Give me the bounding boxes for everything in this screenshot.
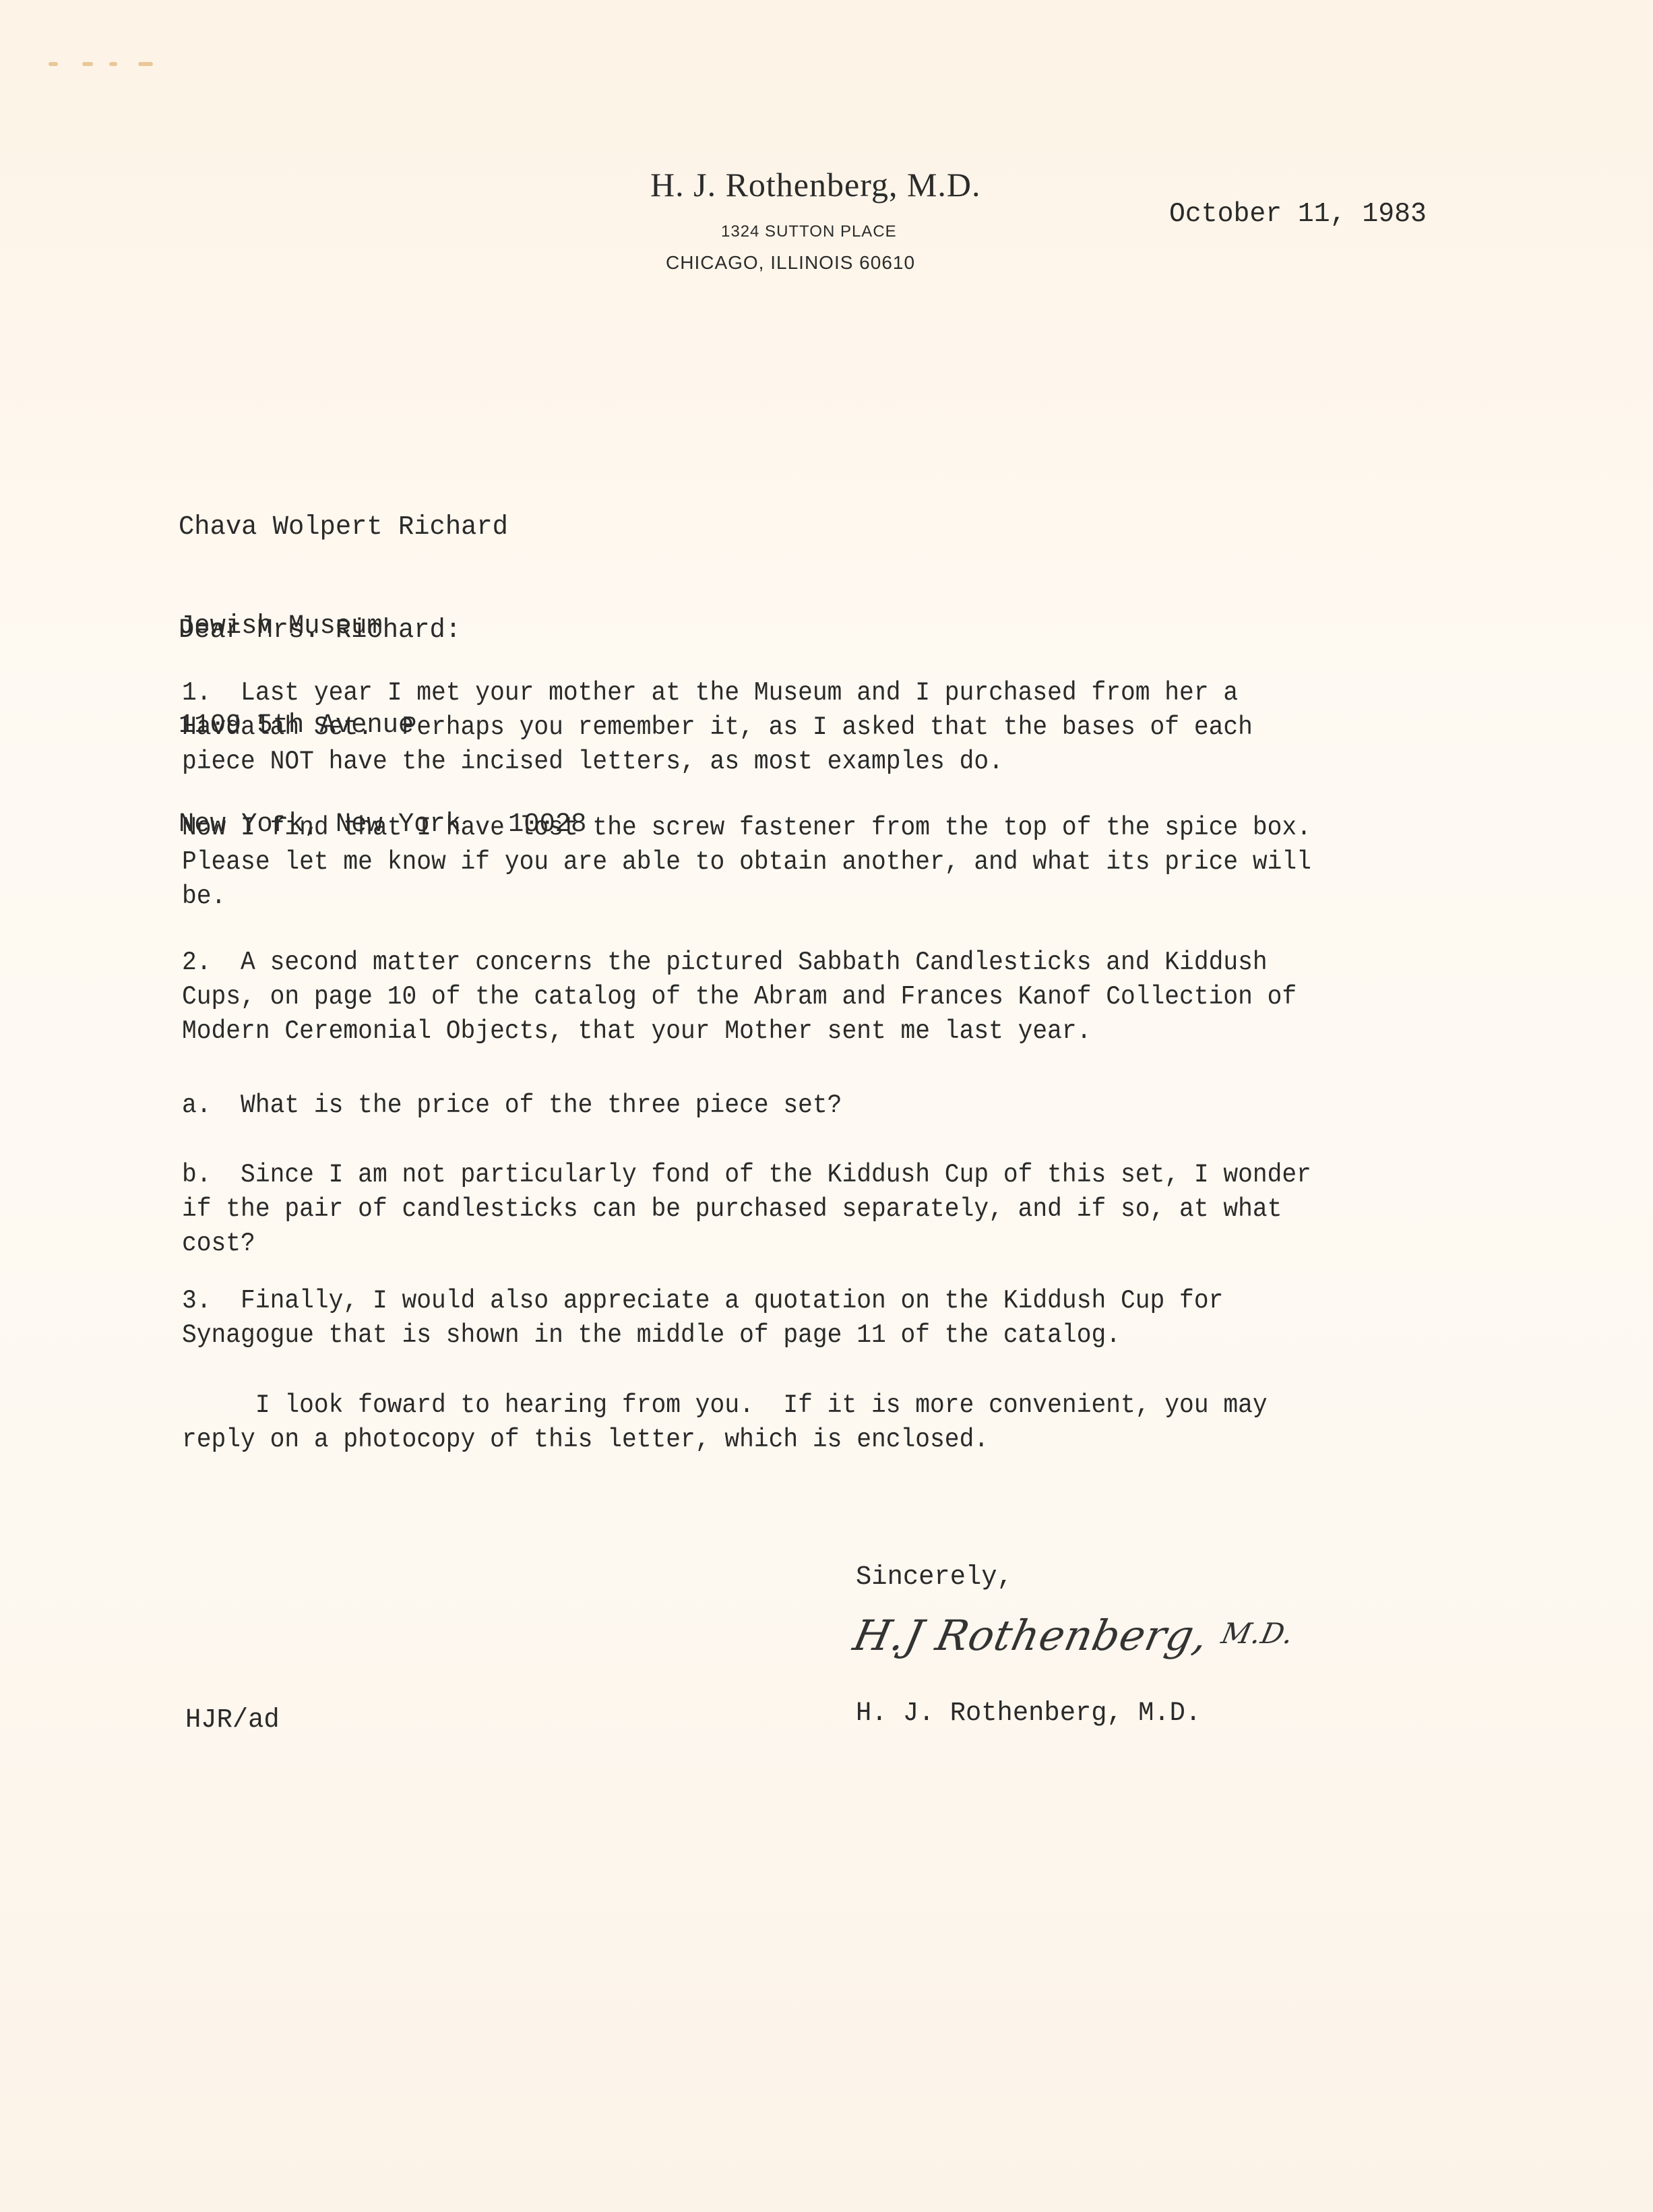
paper-stain: [109, 62, 117, 66]
recipient-address: Chava Wolpert Richard Jewish Museum 1109…: [179, 445, 586, 874]
letterhead-city: CHICAGO, ILLINOIS 60610: [666, 252, 915, 274]
typed-signer-name: H. J. Rothenberg, M.D.: [856, 1698, 1201, 1729]
paragraph-item-2: 2. A second matter concerns the pictured…: [182, 946, 1297, 1049]
signature-suffix: M.D.: [1218, 1617, 1297, 1650]
reference-initials: HJR/ad: [185, 1705, 280, 1735]
paper-stain: [49, 62, 58, 66]
letter-date: October 11, 1983: [1169, 199, 1427, 230]
paper-stain: [138, 62, 153, 66]
paragraph-item-3: 3. Finally, I would also appreciate a qu…: [182, 1284, 1223, 1353]
salutation: Dear Mrs. Richard:: [179, 615, 461, 646]
signature-name: H.J Rothenberg,: [849, 1611, 1213, 1660]
handwritten-signature: H.J Rothenberg, M.D.: [849, 1611, 1298, 1660]
paragraph-item-2a: a. What is the price of the three piece …: [182, 1088, 842, 1123]
paper-stain: [82, 62, 93, 66]
paragraph-item-1-continued: Now I find that I have lost the screw fa…: [182, 811, 1311, 914]
letterhead-street: 1324 SUTTON PLACE: [721, 222, 897, 241]
valediction: Sincerely,: [856, 1562, 1013, 1593]
paragraph-item-2b: b. Since I am not particularly fond of t…: [182, 1158, 1311, 1261]
paragraph-closing: I look foward to hearing from you. If it…: [182, 1388, 1268, 1457]
letterhead-name: H. J. Rothenberg, M.D.: [650, 165, 981, 204]
paragraph-item-1: 1. Last year I met your mother at the Mu…: [182, 676, 1253, 779]
recipient-name: Chava Wolpert Richard: [179, 511, 586, 544]
